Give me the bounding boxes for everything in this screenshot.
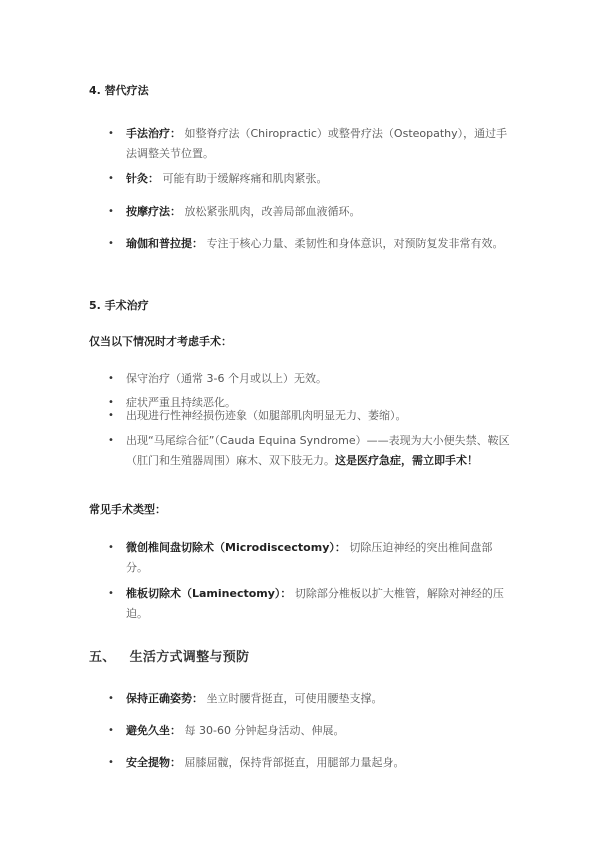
list-item: • 椎板切除术（Laminectomy）： 切除部分椎板以扩大椎管，解除对神经的… [108, 584, 508, 624]
item-label: 避免久坐： [126, 724, 181, 737]
item-text: 每 30-60 分钟起身活动、伸展。 [181, 724, 344, 737]
surgery-types-heading: 常见手术类型： [89, 501, 166, 517]
item-label: 椎板切除术（Laminectomy）： [126, 587, 291, 600]
list-item: • 保守治疗（通常 3-6 个月或以上）无效。 [108, 369, 508, 389]
chapter-title: 生活方式调整与预防 [130, 650, 250, 665]
item-text: 保守治疗（通常 3-6 个月或以上）无效。 [126, 369, 508, 389]
bullet-icon: • [108, 234, 116, 254]
item-label: 微创椎间盘切除术（Microdiscectomy）： [126, 541, 346, 554]
emergency-warning: 这是医疗急症，需立即手术！ [335, 454, 478, 467]
item-label: 手法治疗： [126, 127, 181, 140]
chapter-5-title: 五、生活方式调整与预防 [89, 646, 249, 665]
item-text: 专注于核心力量、柔韧性和身体意识，对预防复发非常有效。 [203, 237, 504, 250]
item-label: 保持正确姿势： [126, 692, 203, 705]
chapter-number: 五、 [89, 650, 116, 665]
list-item: • 保持正确姿势： 坐立时腰背挺直，可使用腰垫支撑。 [108, 689, 508, 709]
item-text: 如整脊疗法（Chiropractic）或整骨疗法（Osteopathy），通过手… [126, 127, 507, 160]
list-item: • 出现“马尾综合征”（Cauda Equina Syndrome）——表现为大… [108, 431, 513, 471]
bullet-icon: • [108, 369, 116, 389]
list-item: • 微创椎间盘切除术（Microdiscectomy）： 切除压迫神经的突出椎间… [108, 538, 508, 578]
list-item: • 安全提物： 屈膝屈髋，保持背部挺直，用腿部力量起身。 [108, 753, 508, 773]
item-text: 可能有助于缓解疼痛和肌肉紧张。 [159, 172, 328, 185]
item-text: 放松紧张肌肉，改善局部血液循环。 [181, 205, 361, 218]
bullet-icon: • [108, 431, 116, 451]
item-label: 针灸： [126, 172, 159, 185]
bullet-icon: • [108, 406, 116, 426]
item-label: 按摩疗法： [126, 205, 181, 218]
bullet-icon: • [108, 202, 116, 222]
item-text: 坐立时腰背挺直，可使用腰垫支撑。 [203, 692, 383, 705]
section-5-title: 5. 手术治疗 [89, 297, 149, 313]
list-item: • 手法治疗： 如整脊疗法（Chiropractic）或整骨疗法（Osteopa… [108, 124, 508, 164]
bullet-icon: • [108, 721, 116, 741]
bullet-icon: • [108, 584, 116, 604]
bullet-icon: • [108, 689, 116, 709]
list-item: • 避免久坐： 每 30-60 分钟起身活动、伸展。 [108, 721, 508, 741]
document-page: 4. 替代疗法 • 手法治疗： 如整脊疗法（Chiropractic）或整骨疗法… [0, 0, 595, 841]
list-item: • 针灸： 可能有助于缓解疼痛和肌肉紧张。 [108, 169, 508, 189]
list-item: • 出现进行性神经损伤迹象（如腿部肌肉明显无力、萎缩）。 [108, 406, 508, 426]
item-label: 安全提物： [126, 756, 181, 769]
bullet-icon: • [108, 538, 116, 558]
item-text: 出现进行性神经损伤迹象（如腿部肌肉明显无力、萎缩）。 [126, 406, 508, 426]
surgery-conditions-heading: 仅当以下情况时才考虑手术： [89, 333, 232, 349]
section-4-title: 4. 替代疗法 [89, 82, 149, 98]
item-label: 瑜伽和普拉提： [126, 237, 203, 250]
bullet-icon: • [108, 124, 116, 144]
item-text: 屈膝屈髋，保持背部挺直，用腿部力量起身。 [181, 756, 405, 769]
list-item: • 按摩疗法： 放松紧张肌肉，改善局部血液循环。 [108, 202, 508, 222]
list-item: • 瑜伽和普拉提： 专注于核心力量、柔韧性和身体意识，对预防复发非常有效。 [108, 234, 508, 254]
bullet-icon: • [108, 753, 116, 773]
bullet-icon: • [108, 169, 116, 189]
